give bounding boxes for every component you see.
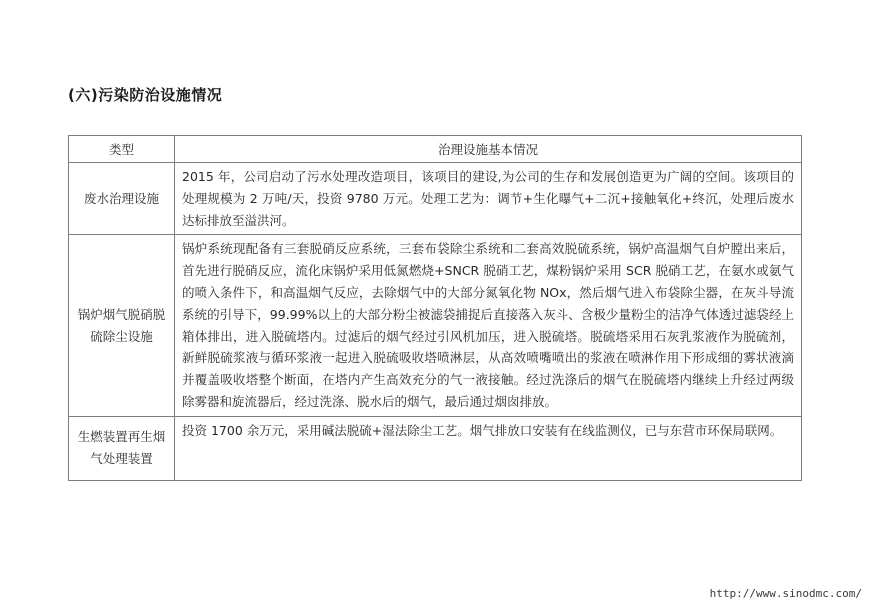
facility-type-wastewater: 废水治理设施	[69, 163, 175, 235]
facility-details-wastewater: 2015 年，公司启动了污水处理改造项目，该项目的建设,为公司的生存和发展创造更…	[175, 163, 802, 235]
facility-type-regeneration-flue-gas: 生燃装置再生烟气处理装置	[69, 416, 175, 480]
table-header-row: 类型 治理设施基本情况	[69, 136, 802, 163]
table-row-regeneration-flue-gas: 生燃装置再生烟气处理装置 投资 1700 余万元，采用碱法脱硫+湿法除尘工艺。烟…	[69, 416, 802, 480]
column-header-type: 类型	[69, 136, 175, 163]
table-row-boiler-flue-gas: 锅炉烟气脱硝脱硫除尘设施 锅炉系统现配备有三套脱硝反应系统，三套布袋除尘系统和二…	[69, 235, 802, 416]
column-header-details: 治理设施基本情况	[175, 136, 802, 163]
facility-details-boiler-flue-gas: 锅炉系统现配备有三套脱硝反应系统，三套布袋除尘系统和二套高效脱硫系统，锅炉高温烟…	[175, 235, 802, 416]
watermark-url: http://www.sinodmc.com/	[710, 587, 862, 600]
facility-details-regeneration-flue-gas: 投资 1700 余万元，采用碱法脱硫+湿法除尘工艺。烟气排放口安装有在线监测仪，…	[175, 416, 802, 480]
table-row-wastewater: 废水治理设施 2015 年，公司启动了污水处理改造项目，该项目的建设,为公司的生…	[69, 163, 802, 235]
facility-type-boiler-flue-gas: 锅炉烟气脱硝脱硫除尘设施	[69, 235, 175, 416]
section-title: (六)污染防治设施情况	[68, 84, 222, 105]
document-page: (六)污染防治设施情况 类型 治理设施基本情况 废水治理设施 2015 年，公司…	[0, 0, 870, 615]
treatment-facilities-table: 类型 治理设施基本情况 废水治理设施 2015 年，公司启动了污水处理改造项目，…	[68, 135, 802, 481]
